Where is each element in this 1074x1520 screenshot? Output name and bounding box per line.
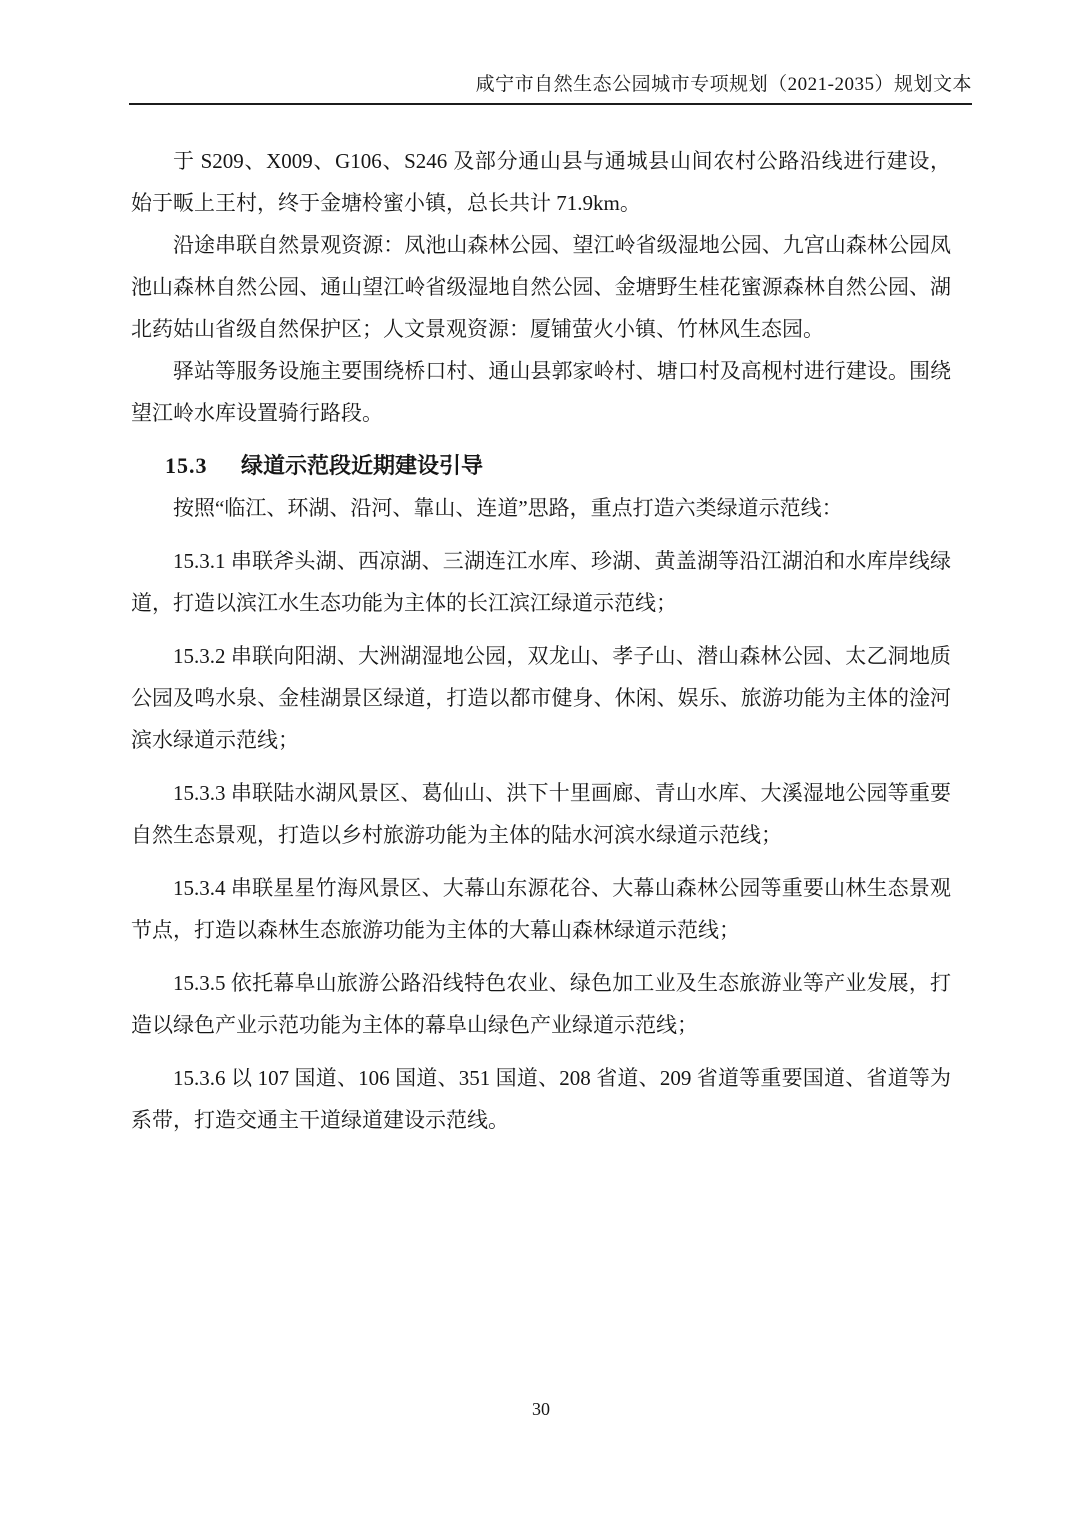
body-paragraph: 于 S209、X009、G106、S246 及部分通山县与通城县山间农村公路沿线… xyxy=(131,140,951,224)
section-title: 绿道示范段近期建设引导 xyxy=(241,453,483,478)
body-paragraph: 驿站等服务设施主要围绕桥口村、通山县郭家岭村、塘口村及高枧村进行建设。围绕望江岭… xyxy=(131,350,951,434)
numbered-item-15-3-5: 15.3.5 依托幕阜山旅游公路沿线特色农业、绿色加工业及生态旅游业等产业发展，… xyxy=(131,962,951,1046)
numbered-item-15-3-2: 15.3.2 串联向阳湖、大洲湖湿地公园，双龙山、孝子山、潜山森林公园、太乙洞地… xyxy=(131,635,951,761)
running-header-title: 咸宁市自然生态公园城市专项规划（2021-2035）规划文本 xyxy=(129,72,972,98)
numbered-item-15-3-6: 15.3.6 以 107 国道、106 国道、351 国道、208 省道、209… xyxy=(131,1057,951,1141)
section-intro-paragraph: 按照“临江、环湖、沿河、靠山、连道”思路，重点打造六类绿道示范线： xyxy=(131,487,951,529)
body-paragraph: 沿途串联自然景观资源：凤池山森林公园、望江岭省级湿地公园、九宫山森林公园凤池山森… xyxy=(131,224,951,350)
numbered-item-15-3-1: 15.3.1 串联斧头湖、西凉湖、三湖连江水库、珍湖、黄盖湖等沿江湖泊和水库岸线… xyxy=(131,540,951,624)
page-number: 30 xyxy=(131,1398,951,1420)
section-heading: 15.3 绿道示范段近期建设引导 xyxy=(131,445,951,487)
page-footer: 30 xyxy=(131,1398,951,1420)
section-number: 15.3 xyxy=(165,453,208,478)
page-header: 咸宁市自然生态公园城市专项规划（2021-2035）规划文本 xyxy=(129,0,972,105)
page-content: 于 S209、X009、G106、S246 及部分通山县与通城县山间农村公路沿线… xyxy=(131,140,951,1141)
document-page: 咸宁市自然生态公园城市专项规划（2021-2035）规划文本 于 S209、X0… xyxy=(0,0,1074,1520)
numbered-item-15-3-3: 15.3.3 串联陆水湖风景区、葛仙山、洪下十里画廊、青山水库、大溪湿地公园等重… xyxy=(131,772,951,856)
numbered-item-15-3-4: 15.3.4 串联星星竹海风景区、大幕山东源花谷、大幕山森林公园等重要山林生态景… xyxy=(131,867,951,951)
